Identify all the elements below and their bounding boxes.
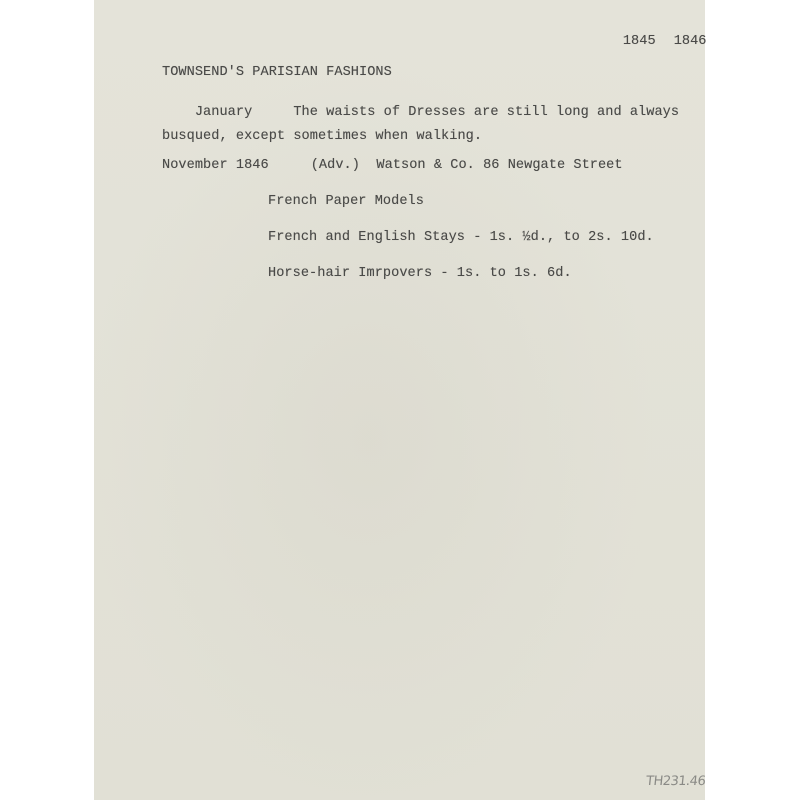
advert-item: French Paper Models — [162, 196, 654, 208]
year-start: 1845 — [623, 34, 656, 49]
advert-item: Horse-hair Imrpovers - 1s. to 1s. 6d. — [162, 268, 654, 280]
document-page: 18451846 TOWNSEND'S PARISIAN FASHIONS Ja… — [94, 0, 705, 800]
advert-item: French and English Stays - 1s. ½d., to 2… — [162, 232, 654, 244]
entry-header: November 1846(Adv.) Watson & Co. 86 Newg… — [162, 160, 654, 172]
entry-date: November 1846 — [162, 158, 269, 173]
pencil-catalog-number: TH231.46 — [645, 774, 706, 789]
advert-tag: (Adv.) — [311, 158, 360, 173]
document-title: TOWNSEND'S PARISIAN FASHIONS — [162, 67, 392, 79]
year-end: 1846 — [674, 34, 707, 49]
entry-line: The waists of Dresses are still long and… — [293, 105, 679, 120]
year-range: 18451846 — [590, 24, 707, 60]
entry-date: January — [195, 105, 252, 120]
advert-source: Watson & Co. 86 Newgate Street — [376, 158, 622, 173]
entry-november: November 1846(Adv.) Watson & Co. 86 Newg… — [162, 136, 654, 304]
